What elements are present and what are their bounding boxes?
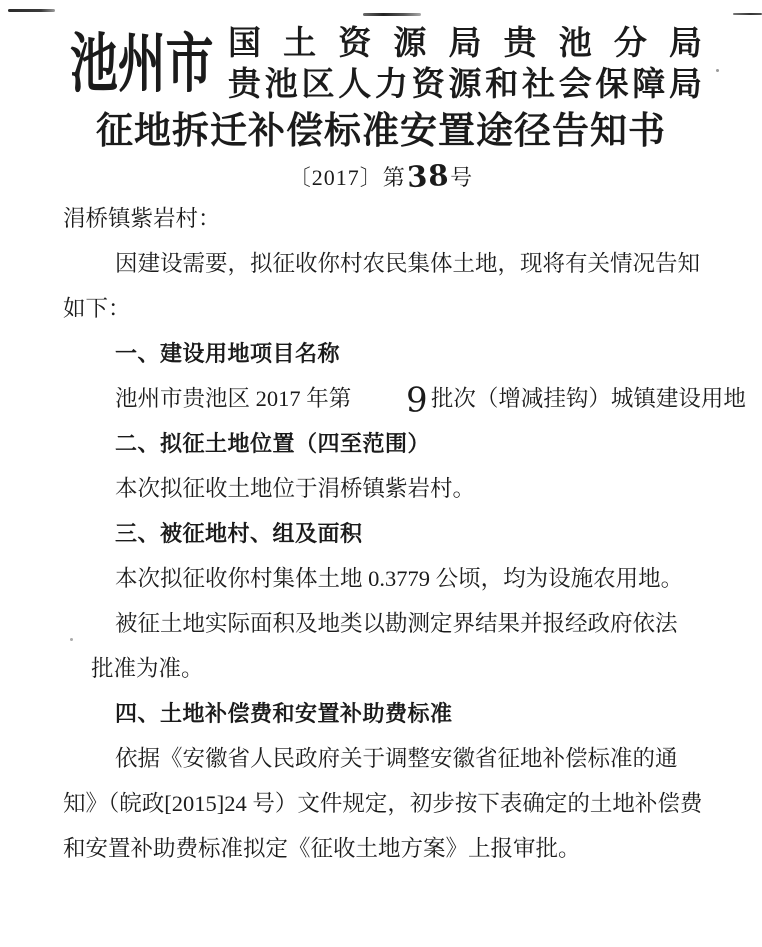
document-number-suffix: 号 [450, 165, 473, 190]
section3-line-1: 本次拟征收你村集体土地 0.3779 公顷，均为设施农用地。 [63, 556, 707, 601]
section3-line-2: 被征土地实际面积及地类以勘测定界结果并报经政府依法 [63, 601, 707, 646]
intro-line-1: 因建设需要，拟征收你村农民集体土地，现将有关情况告知 [63, 241, 707, 286]
section1-project-name: 池州市贵池区 2017 年第9批次（增减挂钩）城镇建设用地 [63, 376, 707, 421]
intro-line-2: 如下： [63, 286, 707, 331]
issuer-line-human-resources-bureau: 贵池区人力资源和社会保障局 [228, 63, 702, 104]
handwritten-document-number: 38 [406, 161, 450, 192]
issuer-city: 池州市 [70, 17, 214, 114]
project-name-suffix: 批次（增减挂钩）城镇建设用地 [431, 386, 746, 411]
document-number-prefix: 〔2017〕第 [289, 165, 406, 190]
section3-heading: 三、被征地村、组及面积 [63, 511, 707, 556]
section3-line-3: 批准为准。 [63, 646, 707, 691]
document-number: 〔2017〕第38号 [0, 159, 762, 197]
section4-line-2: 知》（皖政[2015]24 号）文件规定，初步按下表确定的土地补偿费 [63, 781, 707, 826]
document-title: 征地拆迁补偿标准安置途径告知书 [0, 107, 762, 155]
document-body: 涓桥镇紫岩村： 因建设需要，拟征收你村农民集体土地，现将有关情况告知 如下： 一… [63, 196, 707, 871]
project-name-prefix: 池州市贵池区 2017 年第 [115, 386, 351, 411]
issuer-names: 国 土 资 源 局 贵 池 分 局 贵池区人力资源和社会保障局 [228, 22, 702, 104]
scan-artifact-dash-left [8, 9, 55, 12]
scan-artifact-dash-right [733, 13, 762, 15]
scan-artifact-dash-center [363, 13, 421, 16]
section4-line-1: 依据《安徽省人民政府关于调整安徽省征地补偿标准的通 [63, 736, 707, 781]
section1-heading: 一、建设用地项目名称 [63, 331, 707, 376]
section2-heading: 二、拟征土地位置（四至范围） [63, 421, 707, 466]
scanned-document-page: 池州市 国 土 资 源 局 贵 池 分 局 贵池区人力资源和社会保障局 征地拆迁… [0, 0, 762, 947]
salutation-line: 涓桥镇紫岩村： [63, 196, 707, 241]
handwritten-batch-number: 9 [354, 399, 428, 400]
issuer-line-land-resources-bureau: 国 土 资 源 局 贵 池 分 局 [228, 22, 702, 63]
section4-heading: 四、土地补偿费和安置补助费标准 [63, 691, 707, 736]
section2-text: 本次拟征收土地位于涓桥镇紫岩村。 [63, 466, 707, 511]
section4-line-3: 和安置补助费标准拟定《征收土地方案》上报审批。 [63, 826, 707, 871]
scan-speck [716, 69, 719, 72]
